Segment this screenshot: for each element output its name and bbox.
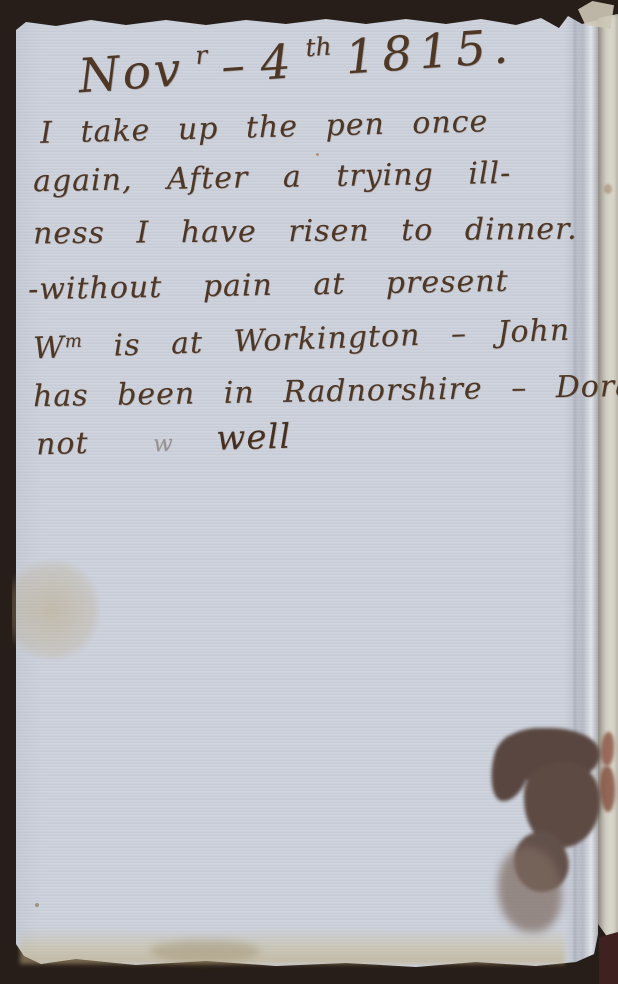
bottom-smudge-stain	[150, 940, 260, 962]
book-cover-corner	[599, 932, 618, 984]
heading-day: 4	[259, 34, 296, 91]
large-ink-blot	[492, 726, 608, 936]
handwritten-line-3: ness I have risen to dinner.	[33, 212, 578, 252]
line5-initial: W	[33, 330, 66, 366]
heading-separator: –	[219, 37, 249, 94]
ink-speck	[316, 153, 319, 156]
round-tan-stain	[12, 560, 100, 660]
heading-month-suffix: r	[194, 40, 208, 70]
heading-month: Nov	[77, 42, 186, 104]
bottom-edge-discoloration	[20, 928, 565, 964]
handwritten-line-7: not w well	[36, 417, 292, 464]
manuscript-scan: Novr – 4th 1815. I take up the pen once …	[0, 0, 618, 984]
heading-year: 1815.	[343, 19, 516, 86]
edge-stain	[604, 184, 612, 194]
paper-speck	[35, 903, 39, 907]
line5-superscript: m	[64, 331, 83, 353]
line7-false-start: w	[153, 431, 174, 458]
line7-word1: not	[36, 426, 89, 462]
line7-word2: well	[216, 417, 292, 459]
heading-day-suffix: th	[304, 32, 332, 63]
